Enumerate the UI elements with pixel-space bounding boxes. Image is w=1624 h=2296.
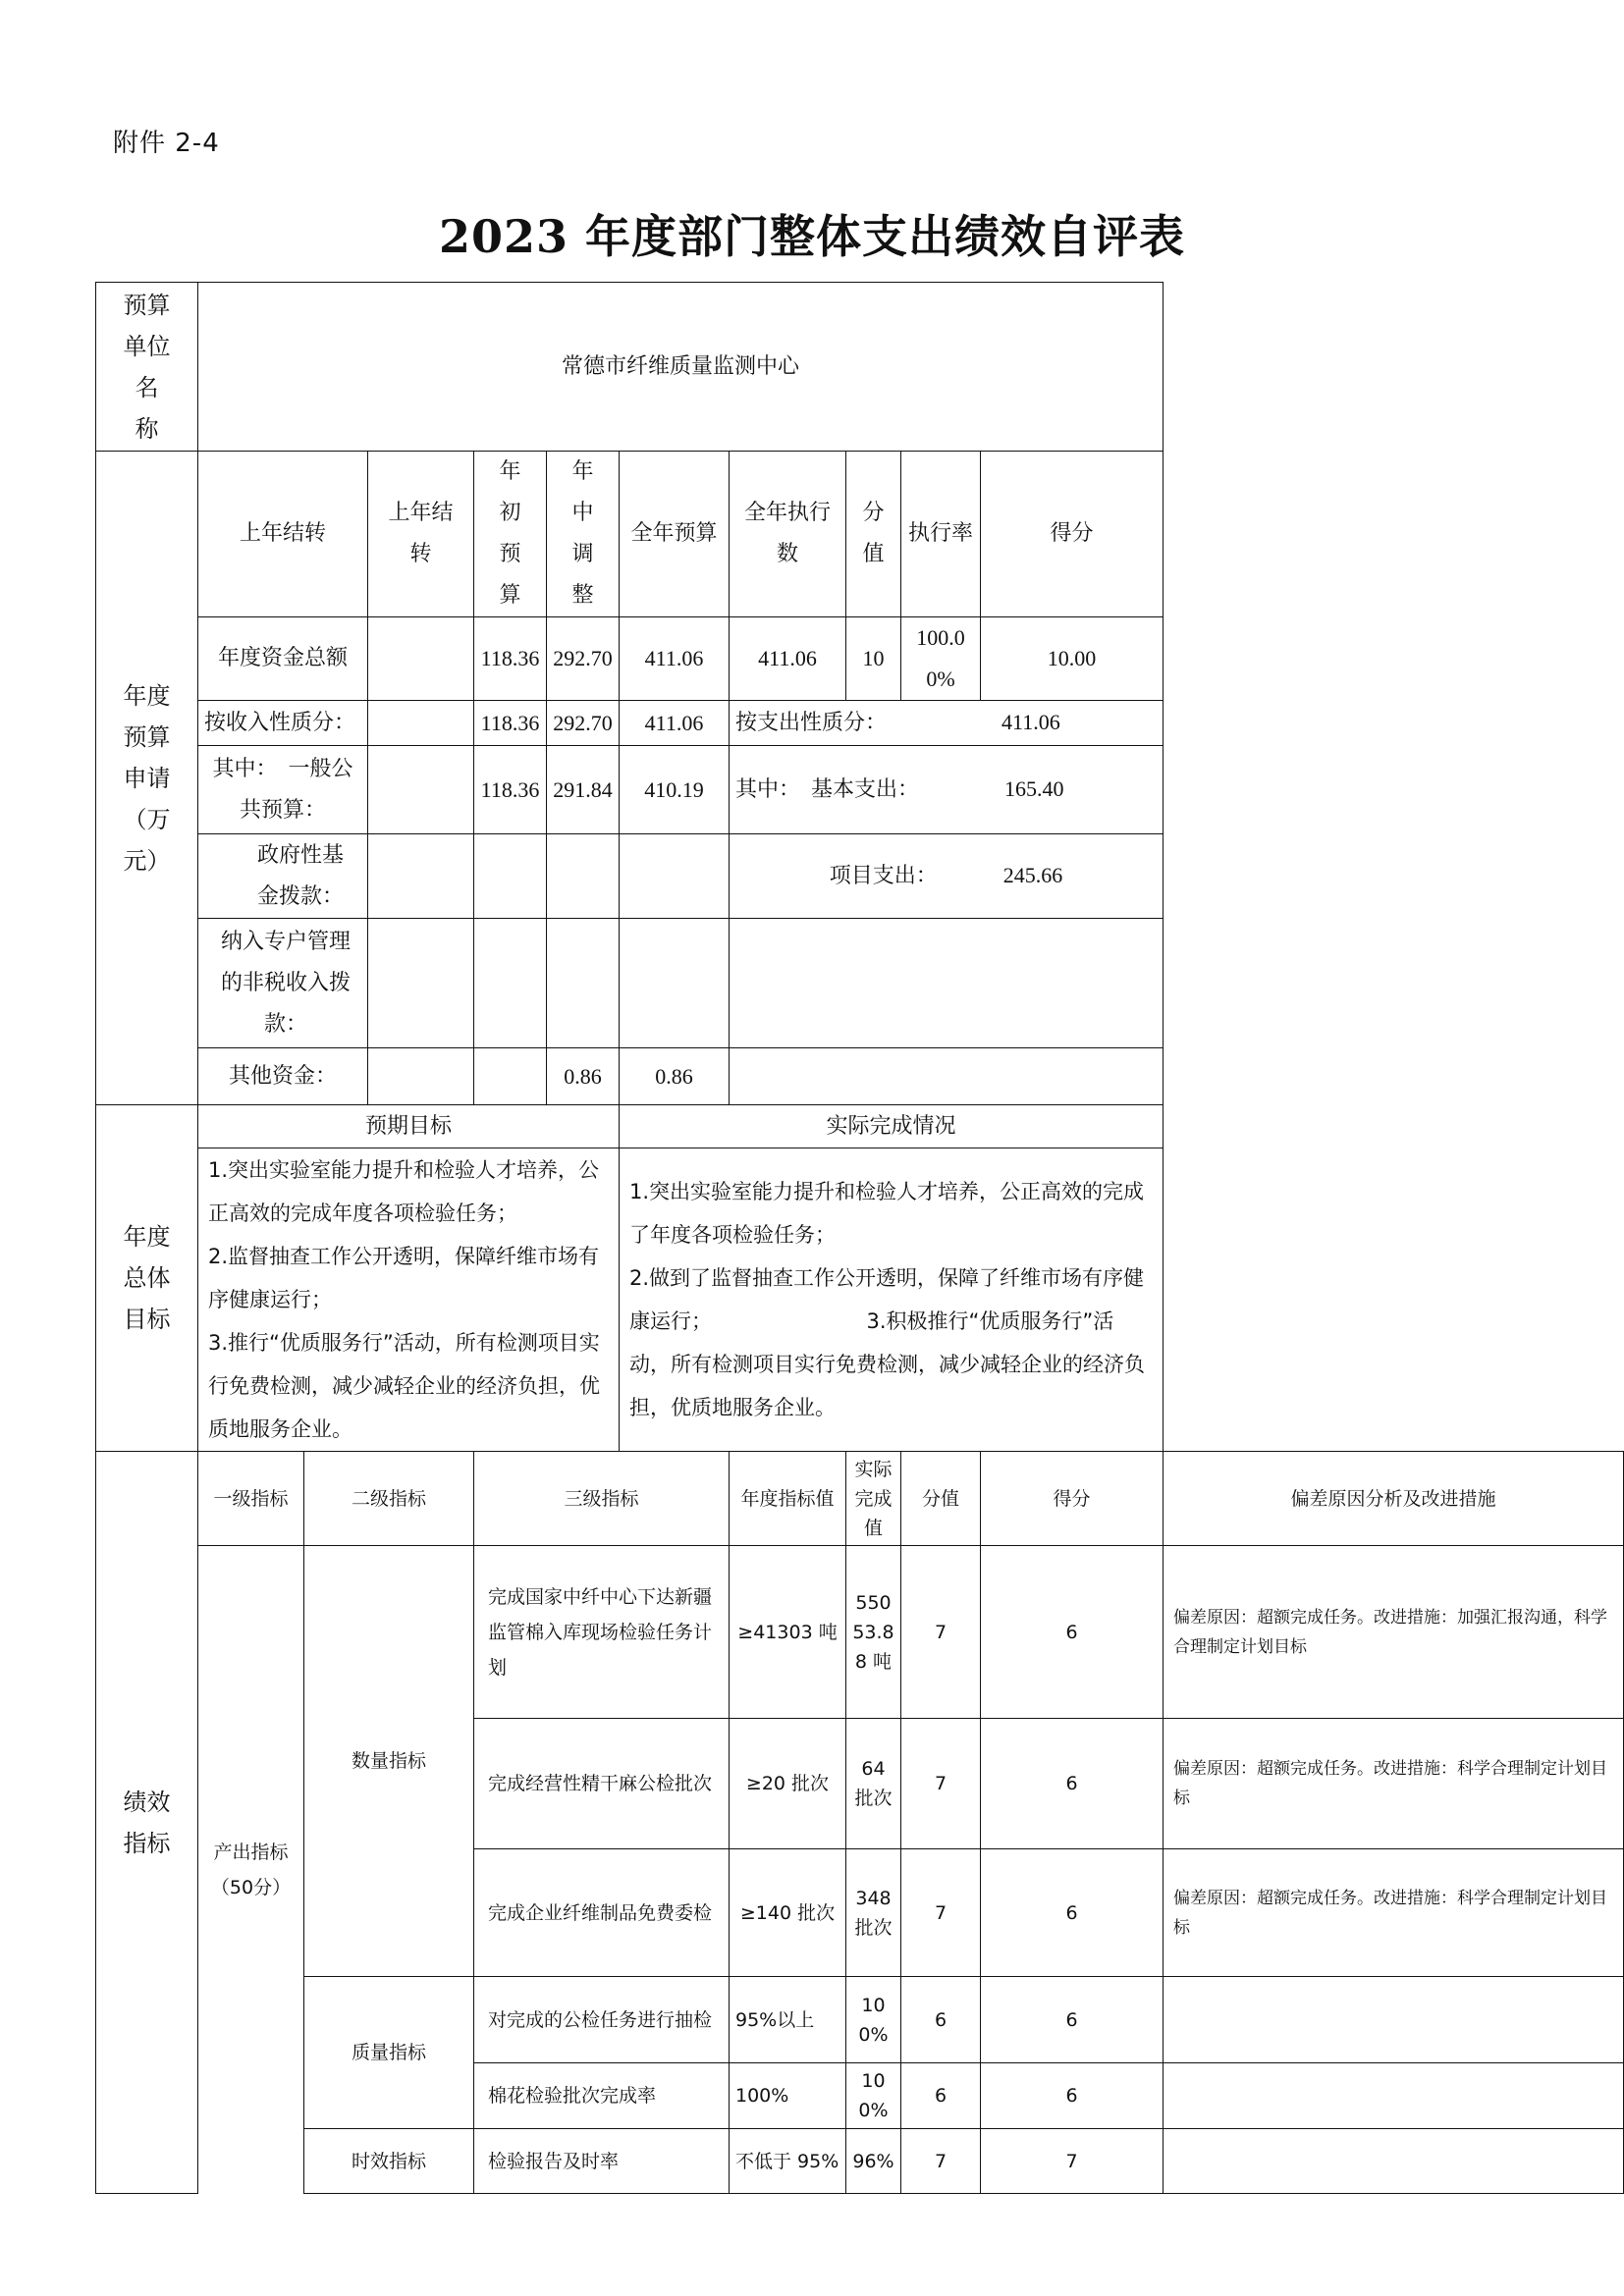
expected-goal-line: 1.突出实验室能力提升和检验人才培养，公正高效的完成年度各项检验任务； (208, 1148, 609, 1235)
deviation-text (1164, 1977, 1624, 2063)
empty-cell (474, 834, 547, 919)
budget-label-line: 年度 (102, 675, 191, 717)
unit-label-line: 单位 (102, 326, 191, 367)
header-ind-score: 得分 (981, 1452, 1164, 1546)
level3-text: 检验报告及时率 (474, 2129, 730, 2194)
score-value: 6 (901, 2063, 981, 2129)
deviation-text (1164, 2063, 1624, 2129)
target-value: 100% (730, 2063, 846, 2129)
non-tax-label: 纳入专户管理的非税收入拨款： (198, 919, 368, 1048)
header-actual: 实际完成值 (846, 1452, 901, 1546)
header-prev-carry: 上年结转 (368, 452, 474, 617)
deviation-text: 偏差原因：超额完成任务。改进措施：科学合理制定计划目标 (1164, 1849, 1624, 1977)
unit-label-line: 名 (102, 367, 191, 408)
deviation-text (1164, 2129, 1624, 2194)
budget-label-line: 申请 (102, 758, 191, 799)
budget-label-line: 预算 (102, 717, 191, 758)
project-expense-label: 项目支出： (830, 864, 938, 888)
expected-goal-line: 3.推行“优质服务行”活动，所有检测项目实行免费检测，减少减轻企业的经济负担，优… (208, 1321, 609, 1451)
total-score-value: 10 (846, 617, 901, 701)
indicators-label-line: 绩效 (102, 1782, 191, 1823)
target-value: ≥20 批次 (730, 1719, 846, 1849)
indicator-row: 质量指标 对完成的公检任务进行抽检 95%以上 100% 6 6 (96, 1977, 1624, 2063)
budget-section-label: 年度 预算 申请 （万 元） (96, 452, 198, 1105)
empty-cell (730, 919, 1164, 1048)
goals-label-line: 目标 (102, 1299, 191, 1340)
by-expense-label: 按支出性质分： (735, 711, 887, 735)
actual-goal-text: 1.突出实验室能力提升和检验人才培养，公正高效的完成了年度各项检验任务； 2.做… (620, 1148, 1164, 1452)
other-funds-label: 其他资金： (198, 1048, 368, 1105)
other-funds-row: 其他资金： 0.86 0.86 (96, 1048, 1624, 1105)
by-income-label: 按收入性质分： (198, 701, 368, 746)
total-annual: 411.06 (620, 617, 730, 701)
empty-cell (368, 919, 474, 1048)
empty-cell (730, 1048, 1164, 1105)
header-level1: 一级指标 (198, 1452, 304, 1546)
empty-cell (547, 919, 620, 1048)
by-income-row: 按收入性质分： 118.36 292.70 411.06 按支出性质分： 411… (96, 701, 1624, 746)
score: 6 (981, 1546, 1164, 1719)
empty-cell (474, 919, 547, 1048)
header-level3: 三级指标 (474, 1452, 730, 1546)
score-value: 7 (901, 1719, 981, 1849)
project-expense-value: 245.66 (1003, 863, 1063, 887)
total-prev-carry (368, 617, 474, 701)
header-initial-budget: 年初预算 (474, 452, 547, 617)
page-title: 2023 年度部门整体支出绩效自评表 (0, 201, 1624, 266)
header-score: 得分 (981, 452, 1164, 617)
general-public-label: 其中： 一般公共预算： (198, 746, 368, 834)
target-value: 95%以上 (730, 1977, 846, 2063)
general-public-mid-adjust: 291.84 (547, 746, 620, 834)
header-annual-budget: 全年预算 (620, 452, 730, 617)
header-level2: 二级指标 (304, 1452, 474, 1546)
score: 6 (981, 1977, 1164, 2063)
score: 6 (981, 1719, 1164, 1849)
goals-header-row: 年度 总体 目标 预期目标 实际完成情况 (96, 1105, 1624, 1148)
score-value: 7 (901, 1849, 981, 1977)
level3-text: 棉花检验批次完成率 (474, 2063, 730, 2129)
level2-quantity: 数量指标 (304, 1546, 474, 1977)
total-executed: 411.06 (730, 617, 846, 701)
attachment-label: 附件 2-4 (113, 123, 220, 159)
level3-text: 完成企业纤维制品免费委检 (474, 1849, 730, 1977)
goals-content-row: 1.突出实验室能力提升和检验人才培养，公正高效的完成年度各项检验任务； 2.监督… (96, 1148, 1624, 1452)
actual-value: 64 批次 (846, 1719, 901, 1849)
header-executed: 全年执行数 (730, 452, 846, 617)
deviation-text: 偏差原因：超额完成任务。改进措施：科学合理制定计划目标 (1164, 1719, 1624, 1849)
score: 7 (981, 2129, 1164, 2194)
goals-label-line: 总体 (102, 1257, 191, 1299)
level1-output-label: 产出指标（50分） (198, 1546, 304, 2194)
by-income-annual: 411.06 (620, 701, 730, 746)
total-mid-adjust: 292.70 (547, 617, 620, 701)
header-exec-rate: 执行率 (901, 452, 981, 617)
target-value: 不低于 95% (730, 2129, 846, 2194)
unit-label-line: 预算 (102, 285, 191, 326)
basic-expense-label: 其中： 基本支出： (735, 777, 919, 802)
by-expense-cell: 按支出性质分： 411.06 (730, 701, 1164, 746)
target-value: ≥140 批次 (730, 1849, 846, 1977)
indicator-row: 时效指标 检验报告及时率 不低于 95% 96% 7 7 (96, 2129, 1624, 2194)
basic-expense-cell: 其中： 基本支出： 165.40 (730, 746, 1164, 834)
total-initial: 118.36 (474, 617, 547, 701)
level3-text: 对完成的公检任务进行抽检 (474, 1977, 730, 2063)
other-annual: 0.86 (620, 1048, 730, 1105)
unit-row: 预算 单位 名 称 常德市纤维质量监测中心 (96, 283, 1624, 452)
indicator-row: 产出指标（50分） 数量指标 完成国家中纤中心下达新疆监管棉入库现场检验任务计划… (96, 1546, 1624, 1719)
header-mid-adjust: 年中调整 (547, 452, 620, 617)
empty-cell (620, 834, 730, 919)
unit-label-line: 称 (102, 408, 191, 450)
total-exec-rate: 100.00% (901, 617, 981, 701)
basic-expense-value: 165.40 (1004, 776, 1064, 801)
budget-label-line: 元） (102, 840, 191, 881)
empty-cell (368, 834, 474, 919)
deviation-text: 偏差原因：超额完成任务。改进措施：加强汇报沟通，科学合理制定计划目标 (1164, 1546, 1624, 1719)
budget-label-line: （万 (102, 799, 191, 840)
actual-goal-line: 2.做到了监督抽查工作公开透明，保障了纤维市场有序健康运行； 3.积极推行“优质… (629, 1256, 1153, 1429)
header-prev-carry-label: 上年结转 (198, 452, 368, 617)
total-label: 年度资金总额 (198, 617, 368, 701)
expected-goal-header: 预期目标 (198, 1105, 620, 1148)
expected-goal-line: 2.监督抽查工作公开透明，保障纤维市场有序健康运行； (208, 1235, 609, 1321)
header-deviation: 偏差原因分析及改进措施 (1164, 1452, 1624, 1546)
actual-value: 55053.88 吨 (846, 1546, 901, 1719)
empty-cell (547, 834, 620, 919)
empty-cell (474, 1048, 547, 1105)
by-expense-value: 411.06 (1001, 710, 1060, 734)
self-evaluation-table: 预算 单位 名 称 常德市纤维质量监测中心 年度 预算 申请 （万 元） 上年结… (95, 282, 1624, 2194)
score: 6 (981, 2063, 1164, 2129)
indicators-section-label: 绩效 指标 (96, 1452, 198, 2194)
by-income-initial: 118.36 (474, 701, 547, 746)
header-ind-score-value: 分值 (901, 1452, 981, 1546)
general-public-row: 其中： 一般公共预算： 118.36 291.84 410.19 其中： 基本支… (96, 746, 1624, 834)
score: 6 (981, 1849, 1164, 1977)
level3-text: 完成国家中纤中心下达新疆监管棉入库现场检验任务计划 (474, 1546, 730, 1719)
budget-total-row: 年度资金总额 118.36 292.70 411.06 411.06 10 10… (96, 617, 1624, 701)
empty-cell (620, 919, 730, 1048)
header-score-value: 分值 (846, 452, 901, 617)
unit-label: 预算 单位 名 称 (96, 283, 198, 452)
level2-timeliness: 时效指标 (304, 2129, 474, 2194)
by-income-prev-carry (368, 701, 474, 746)
by-income-mid-adjust: 292.70 (547, 701, 620, 746)
level2-quality: 质量指标 (304, 1977, 474, 2129)
budget-header-row: 年度 预算 申请 （万 元） 上年结转 上年结转 年初预算 年中调整 全年预算 … (96, 452, 1624, 617)
actual-value: 100% (846, 2063, 901, 2129)
score-value: 7 (901, 1546, 981, 1719)
score-value: 6 (901, 1977, 981, 2063)
header-target: 年度指标值 (730, 1452, 846, 1546)
expected-goal-text: 1.突出实验室能力提升和检验人才培养，公正高效的完成年度各项检验任务； 2.监督… (198, 1148, 620, 1452)
total-score: 10.00 (981, 617, 1164, 701)
gov-fund-row: 政府性基金拨款： 项目支出： 245.66 (96, 834, 1624, 919)
actual-value: 100% (846, 1977, 901, 2063)
goals-section-label: 年度 总体 目标 (96, 1105, 198, 1452)
level3-text: 完成经营性精干麻公检批次 (474, 1719, 730, 1849)
score-value: 7 (901, 2129, 981, 2194)
general-public-prev-carry (368, 746, 474, 834)
goals-label-line: 年度 (102, 1216, 191, 1257)
indicators-label-line: 指标 (102, 1823, 191, 1864)
actual-goal-line: 1.突出实验室能力提升和检验人才培养，公正高效的完成了年度各项检验任务； (629, 1170, 1153, 1256)
unit-value: 常德市纤维质量监测中心 (198, 283, 1164, 452)
gov-fund-label: 政府性基金拨款： (198, 834, 368, 919)
general-public-annual: 410.19 (620, 746, 730, 834)
actual-goal-header: 实际完成情况 (620, 1105, 1164, 1148)
other-mid-adjust: 0.86 (547, 1048, 620, 1105)
indicators-header-row: 绩效 指标 一级指标 二级指标 三级指标 年度指标值 实际完成值 分值 得分 偏… (96, 1452, 1624, 1546)
actual-value: 96% (846, 2129, 901, 2194)
non-tax-row: 纳入专户管理的非税收入拨款： (96, 919, 1624, 1048)
target-value: ≥41303 吨 (730, 1546, 846, 1719)
actual-value: 348 批次 (846, 1849, 901, 1977)
project-expense-cell: 项目支出： 245.66 (730, 834, 1164, 919)
empty-cell (368, 1048, 474, 1105)
general-public-initial: 118.36 (474, 746, 547, 834)
